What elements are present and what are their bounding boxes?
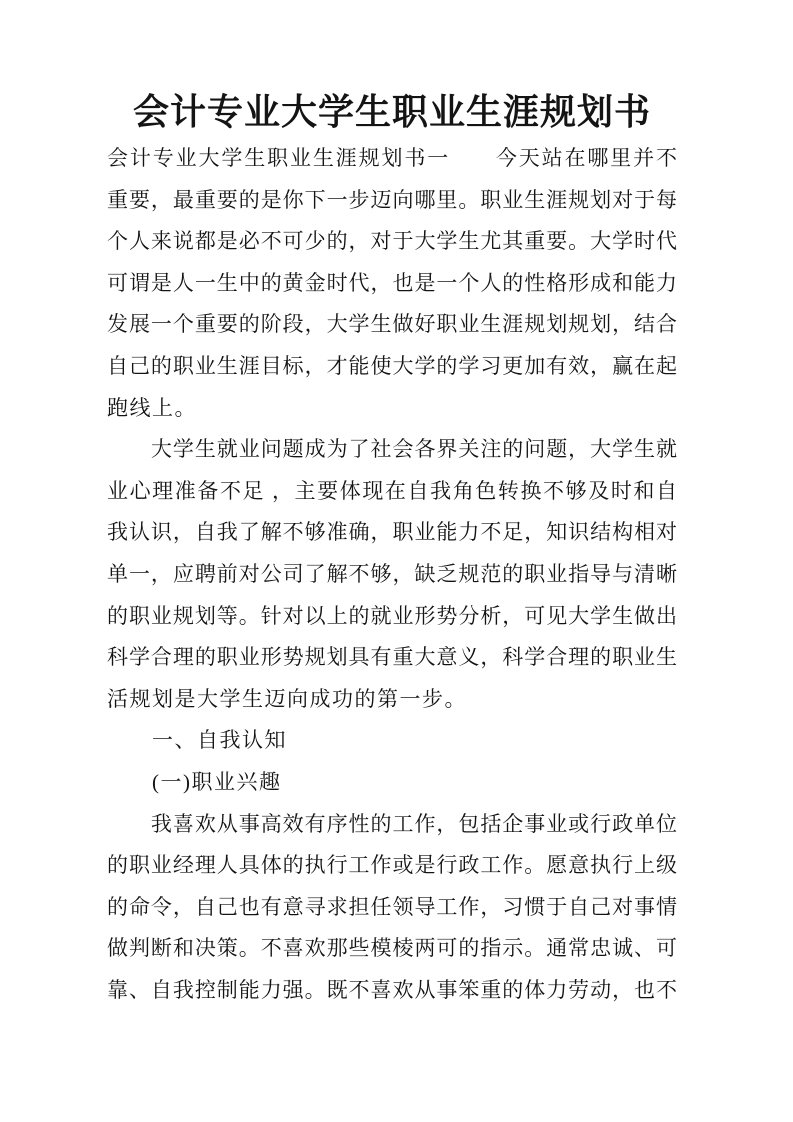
text-line: 会计专业大学生职业生涯规划书一 今天站在哪里并不	[107, 138, 677, 180]
text-line: 靠、自我控制能力强。既不喜欢从事笨重的体力劳动，也不	[107, 970, 677, 1012]
text-line: 大学生就业问题成为了社会各界关注的问题，大学生就	[107, 429, 677, 471]
paragraph-career-interest-body: 我喜欢从事高效有序性的工作，包括企事业或行政单位的职业经理人具体的执行工作或是行…	[107, 804, 677, 1012]
document-body: 会计专业大学生职业生涯规划书一 今天站在哪里并不重要，最重要的是你下一步迈向哪里…	[107, 138, 677, 1011]
text-line: 自己的职业生涯目标，才能使大学的学习更加有效，赢在起	[107, 346, 677, 388]
text-line: 科学合理的职业形势规划具有重大意义，科学合理的职业生	[107, 637, 677, 679]
text-line: 活规划是大学生迈向成功的第一步。	[107, 679, 677, 721]
text-line: 跑线上。	[107, 388, 677, 430]
text-line: 做判断和决策。不喜欢那些模棱两可的指示。通常忠诚、可	[107, 928, 677, 970]
text-line: 业心理准备不足 ，主要体现在自我角色转换不够及时和自	[107, 471, 677, 513]
paragraph-heading-career-interest: (一)职业兴趣	[107, 762, 677, 804]
text-line: 的命令，自己也有意寻求担任领导工作，习惯于自己对事情	[107, 887, 677, 929]
paragraph-employment-situation: 大学生就业问题成为了社会各界关注的问题，大学生就业心理准备不足 ，主要体现在自我…	[107, 429, 677, 720]
text-line: 我认识，自我了解不够准确，职业能力不足，知识结构相对	[107, 512, 677, 554]
document-page: 会计专业大学生职业生涯规划书 会计专业大学生职业生涯规划书一 今天站在哪里并不重…	[0, 0, 793, 1122]
text-line: 单一，应聘前对公司了解不够，缺乏规范的职业指导与清晰	[107, 554, 677, 596]
text-line: 我喜欢从事高效有序性的工作，包括企事业或行政单位	[107, 804, 677, 846]
text-line: 一、自我认知	[107, 720, 677, 762]
text-line: 重要，最重要的是你下一步迈向哪里。职业生涯规划对于每	[107, 180, 677, 222]
text-line: (一)职业兴趣	[107, 762, 677, 804]
text-line: 的职业经理人具体的执行工作或是行政工作。愿意执行上级	[107, 845, 677, 887]
text-line: 的职业规划等。针对以上的就业形势分析，可见大学生做出	[107, 596, 677, 638]
text-line: 发展一个重要的阶段，大学生做好职业生涯规划规划，结合	[107, 304, 677, 346]
paragraph-heading-self-awareness: 一、自我认知	[107, 720, 677, 762]
text-line: 可谓是人一生中的黄金时代，也是一个人的性格形成和能力	[107, 263, 677, 305]
document-title: 会计专业大学生职业生涯规划书	[107, 86, 677, 138]
text-line: 个人来说都是必不可少的，对于大学生尤其重要。大学时代	[107, 221, 677, 263]
paragraph-intro: 会计专业大学生职业生涯规划书一 今天站在哪里并不重要，最重要的是你下一步迈向哪里…	[107, 138, 677, 429]
